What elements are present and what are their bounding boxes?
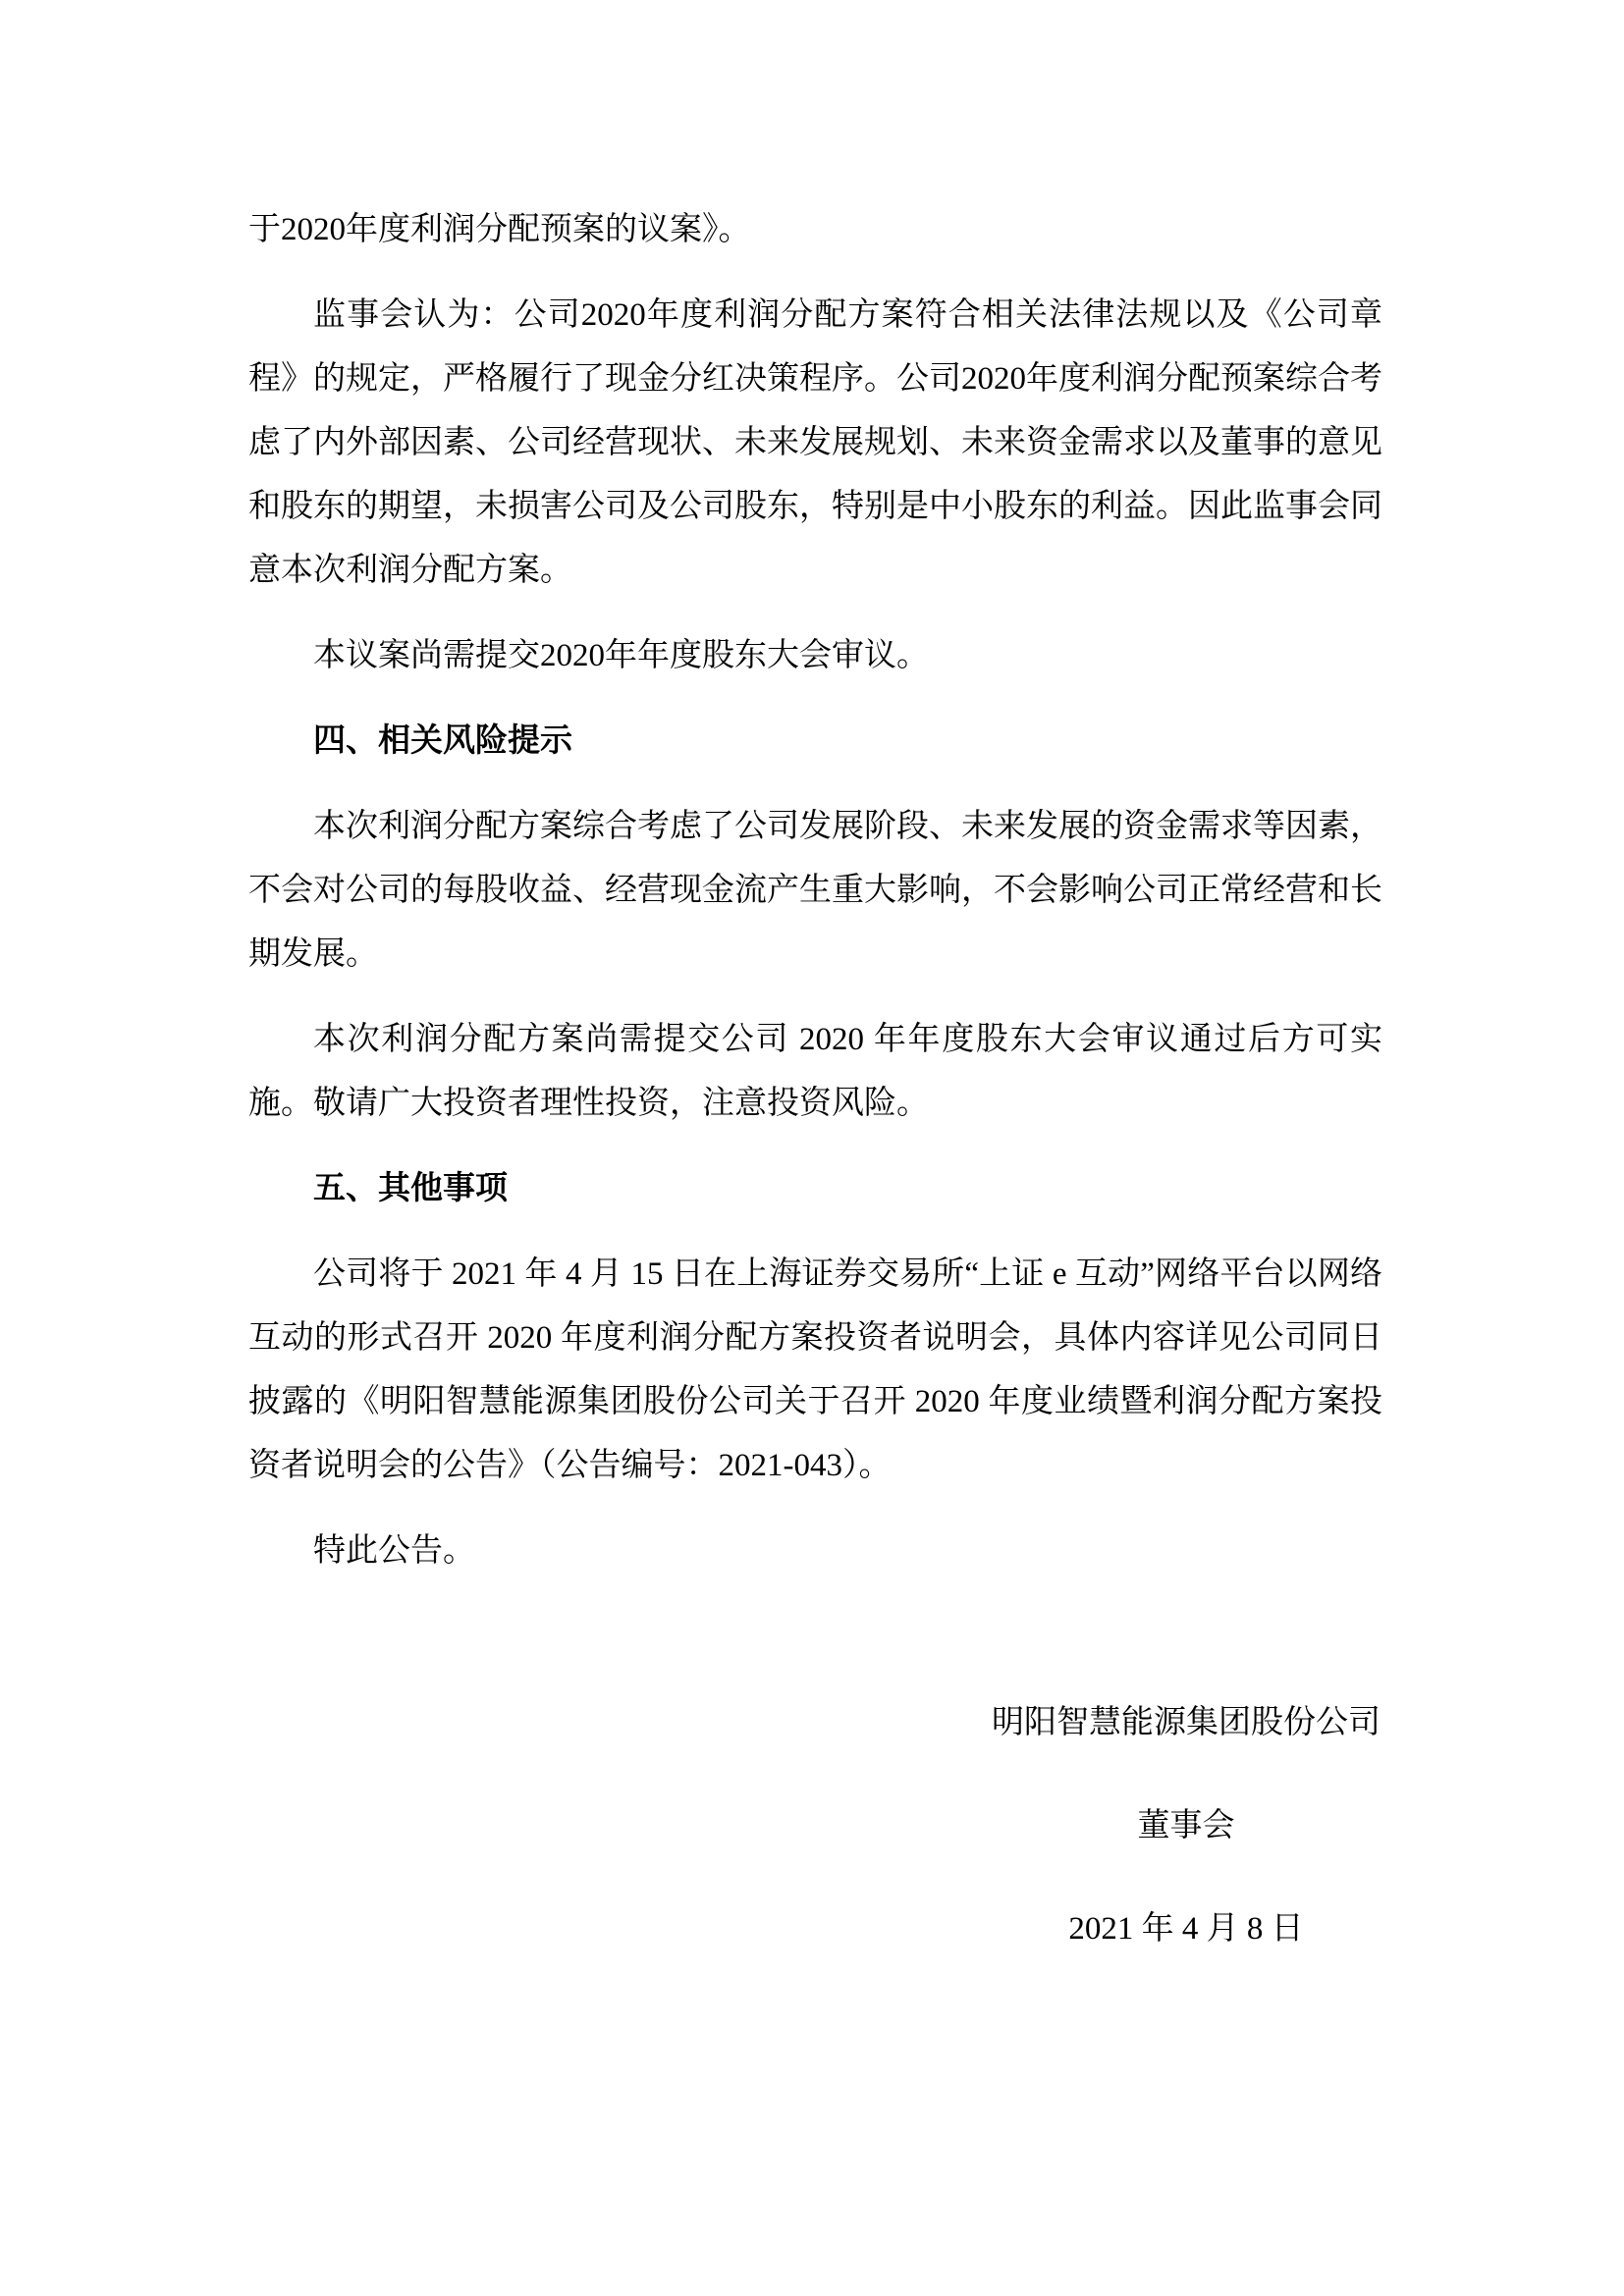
paragraph-investor-briefing: 公司将于 2021 年 4 月 15 日在上海证券交易所“上证 e 互动”网络平… <box>248 1243 1382 1498</box>
signature-company-name: 明阳智慧能源集团股份公司 <box>990 1691 1382 1755</box>
paragraph-continuation: 于2020年度利润分配预案的议案》。 <box>248 198 1382 262</box>
signature-board-of-directors: 董事会 <box>990 1794 1382 1858</box>
signature-date: 2021 年 4 月 8 日 <box>990 1897 1382 1961</box>
paragraph-approval-required: 本次利润分配方案尚需提交公司 2020 年年度股东大会审议通过后方可实施。敬请广… <box>248 1008 1382 1136</box>
paragraph-shareholder-meeting-note: 本议案尚需提交2020年年度股东大会审议。 <box>248 624 1382 688</box>
announcement-page: 于2020年度利润分配预案的议案》。 监事会认为：公司2020年度利润分配方案符… <box>0 0 1624 2296</box>
paragraph-closing-statement: 特此公告。 <box>248 1520 1382 1583</box>
section-heading-risk-notice: 四、相关风险提示 <box>248 710 1382 774</box>
signature-block: 明阳智慧能源集团股份公司 董事会 2021 年 4 月 8 日 <box>990 1691 1382 1961</box>
section-heading-other-matters: 五、其他事项 <box>248 1157 1382 1221</box>
paragraph-risk-impact: 本次利润分配方案综合考虑了公司发展阶段、未来发展的资金需求等因素，不会对公司的每… <box>248 795 1382 987</box>
paragraph-supervisory-board-opinion: 监事会认为：公司2020年度利润分配方案符合相关法律法规以及《公司章程》的规定，… <box>248 284 1382 603</box>
